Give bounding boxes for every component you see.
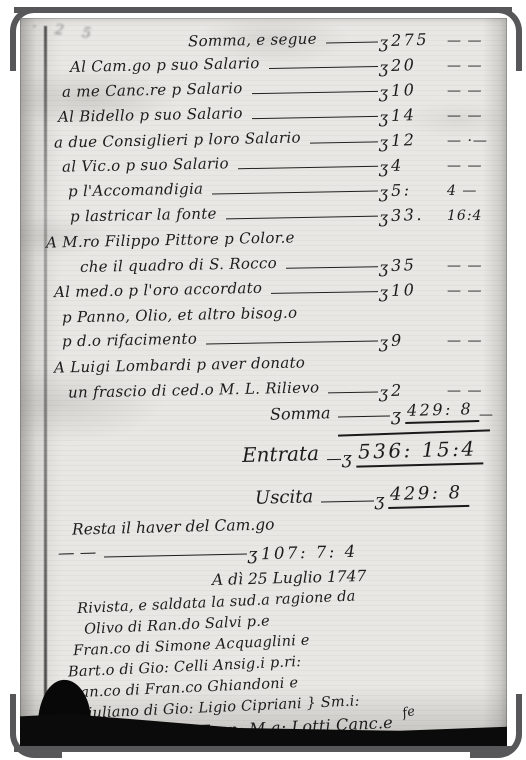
soldi-column: — —	[447, 383, 503, 399]
leader-line	[271, 291, 378, 294]
entry-label: Al Cam.go p suo Salario	[70, 54, 260, 76]
ledger-row: Al med.o p l'oro accordato ʒ 10 — —	[20, 274, 507, 299]
entrata-row: Entrata ʒ 536: 15:4	[242, 438, 479, 466]
uscita-label: Uscita	[255, 486, 314, 509]
leader-line	[238, 166, 378, 169]
lira-mark: ʒ	[379, 208, 388, 227]
leader-line	[252, 91, 378, 94]
leader-line	[338, 415, 390, 417]
leader-line	[310, 141, 378, 143]
soldi-column: — —	[447, 33, 503, 49]
ledger-row: p lastricar la fonte ʒ 33. 16:4	[20, 199, 507, 224]
soldi-column: — —	[447, 333, 503, 349]
ledger-row: p d.o rifacimento ʒ 9 — —	[20, 324, 507, 349]
ledger-row: p Panno, Olio, et altro bisog.o ʒ	[20, 299, 507, 324]
lira-mark: ʒ	[379, 333, 388, 352]
ledger-row: A Luigi Lombardi p aver donato ʒ	[20, 349, 507, 374]
leader-line	[327, 459, 341, 460]
entry-label: p l'Accomandigia	[68, 180, 204, 201]
leader-line	[328, 392, 378, 394]
soldi-column: — —	[447, 83, 503, 99]
somma-amount: 429: 8	[405, 399, 480, 424]
lira-mark: ʒ	[379, 283, 388, 302]
leader-line	[226, 216, 378, 220]
leader-line	[206, 341, 378, 345]
entry-label: che il quadro di S. Rocco	[80, 254, 277, 276]
lira-mark: ʒ	[379, 83, 388, 102]
lira-mark: ʒ	[342, 449, 352, 469]
soldi-column: 4 —	[447, 183, 503, 199]
entry-label: Somma, e segue	[188, 30, 317, 51]
lira-mark: ʒ	[379, 158, 388, 177]
ledger-row: Al Bidello p suo Salario ʒ 14 — —	[20, 99, 507, 124]
entry-label: p lastricar la fonte	[70, 204, 217, 225]
somma-double-rule	[338, 429, 490, 436]
leader-line	[104, 554, 247, 558]
soldi-column: — ·—	[447, 133, 503, 149]
ledger-row: Al Cam.go p suo Salario ʒ 20 — —	[20, 49, 507, 74]
ledger-entries: Somma, e segue ʒ 275 — — Al Cam.go p suo…	[20, 24, 507, 399]
leader-line	[326, 42, 378, 44]
soldi-column: — —	[447, 283, 503, 299]
resta-dash-prefix: — —	[58, 543, 97, 563]
entry-amount: 14	[391, 104, 448, 125]
uscita-row: Uscita ʒ 429: 8	[255, 483, 469, 508]
entry-amount: 33.	[391, 204, 448, 225]
resta-amount-row: — — ʒ 107: 7: 4	[58, 542, 358, 562]
entry-amount: 12	[391, 129, 448, 150]
entry-label: Al med.o p l'oro accordato	[54, 279, 263, 301]
entry-amount: 10	[391, 79, 448, 100]
resta-label: Resta il haver del Cam.go	[72, 515, 275, 538]
scan-frame-top-bar	[14, 7, 512, 13]
ledger-row: che il quadro di S. Rocco ʒ 35 — —	[20, 249, 507, 274]
scanned-ledger-page: · 2 5 Somma, e segue ʒ 275 — — Al Cam.go…	[0, 0, 526, 760]
lira-mark: ʒ	[391, 406, 401, 426]
lira-mark: ʒ	[248, 545, 258, 565]
entrata-label: Entrata	[242, 441, 320, 467]
resta-amount: 107: 7: 4	[261, 542, 358, 564]
entry-amount: 5:	[391, 179, 448, 200]
somma-row: Somma ʒ 429: 8 —	[270, 400, 501, 423]
ledger-row: a me Canc.re p Salario ʒ 10 — —	[20, 74, 507, 99]
soldi-column: — —	[447, 258, 503, 274]
lira-mark: ʒ	[379, 58, 388, 77]
ledger-row: al Vic.o p suo Salario ʒ 4 — —	[20, 149, 507, 174]
scan-frame-bottom-bar	[14, 746, 512, 752]
leader-line	[252, 116, 378, 119]
date-line: A dì 25 Luglio 1747	[212, 569, 366, 587]
soldi-column: 16:4	[447, 208, 503, 224]
entry-label: p d.o rifacimento	[62, 330, 197, 351]
entry-amount: 35	[391, 254, 448, 275]
ledger-row: p l'Accomandigia ʒ 5: 4 —	[20, 174, 507, 199]
entry-label: al Vic.o p suo Salario	[62, 154, 229, 175]
somma-label: Somma	[270, 403, 331, 424]
entry-label: un frascio di ced.o M. L. Rilievo	[68, 378, 320, 401]
leader-line	[286, 266, 378, 269]
date-text: A dì 25 Luglio 1747	[212, 567, 367, 589]
uscita-amount: 429: 8	[388, 482, 469, 509]
entry-amount: 20	[391, 54, 448, 75]
soldi-column: — —	[447, 108, 503, 124]
entry-amount: 4	[391, 154, 448, 175]
soldi-column: — —	[447, 58, 503, 74]
manuscript-photo: · 2 5 Somma, e segue ʒ 275 — — Al Cam.go…	[20, 18, 507, 746]
entry-amount: 2	[391, 379, 448, 400]
somma-tail: —	[479, 407, 501, 423]
lira-mark: ʒ	[379, 108, 388, 127]
entry-label: a me Canc.re p Salario	[62, 79, 243, 101]
ledger-row: a due Consiglieri p loro Salario ʒ 12 — …	[20, 124, 507, 149]
ledger-row: A M.ro Filippo Pittore p Color.e ʒ	[20, 224, 507, 249]
resta-row: Resta il haver del Cam.go	[72, 518, 274, 536]
entry-label: Al Bidello p suo Salario	[58, 104, 243, 126]
leader-line	[321, 500, 374, 502]
lira-mark: ʒ	[379, 258, 388, 277]
entrata-amount: 536: 15:4	[355, 436, 482, 467]
ledger-row: un frascio di ced.o M. L. Rilievo ʒ 2 — …	[20, 374, 507, 399]
lira-mark: ʒ	[375, 491, 385, 511]
lira-mark: ʒ	[379, 183, 388, 202]
lira-mark: ʒ	[379, 33, 388, 52]
leader-line	[212, 191, 378, 195]
entry-amount: 9	[391, 329, 448, 350]
soldi-column: — —	[447, 158, 503, 174]
entry-amount: 10	[391, 279, 448, 300]
leader-line	[269, 66, 378, 69]
ledger-row: Somma, e segue ʒ 275 — —	[20, 24, 507, 49]
lira-mark: ʒ	[379, 133, 388, 152]
entry-amount: 275	[391, 29, 448, 50]
